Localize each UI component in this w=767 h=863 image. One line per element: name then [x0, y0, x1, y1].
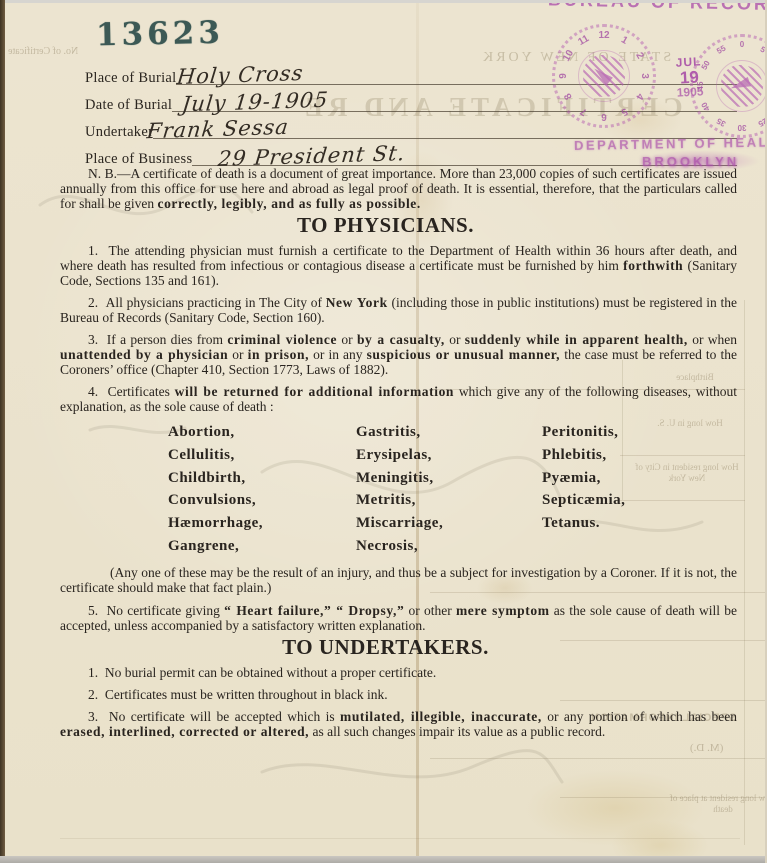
scan-edge-left — [0, 0, 5, 863]
handwritten-value: Frank Sessa — [146, 115, 291, 144]
disease-name: Erysipelas, — [356, 444, 443, 467]
disease-name: Gastritis, — [356, 421, 443, 444]
dial-numbers: 0510152025303540455055 — [690, 34, 767, 138]
disease-name: Miscarriage, — [356, 512, 443, 535]
physicians-item-3: 3. If a person dies from criminal violen… — [60, 332, 737, 377]
disease-name: Hæmorrhage, — [168, 512, 263, 535]
disease-name: Childbirth, — [168, 467, 263, 490]
ghost-rule-line — [430, 758, 765, 759]
handwritten-value: Holy Cross — [176, 61, 305, 89]
physicians-item-4: 4. Certificates will be returned for add… — [60, 384, 737, 414]
disease-name: Septicæmia, — [542, 489, 625, 512]
disease-name: Abortion, — [168, 421, 263, 444]
scan-edge-bottom — [0, 856, 767, 863]
field-label: Place of Burial — [85, 70, 176, 88]
field-label: Date of Burial — [85, 97, 172, 115]
document-page: No. of Certificate STATE OF NEW YORK CER… — [0, 0, 767, 863]
undertakers-item-1: 1. No burial permit can be obtained with… — [60, 665, 737, 680]
undertakers-item-2: 2. Certificates must be written througho… — [60, 687, 737, 702]
handwritten-value: July 19-1905 — [181, 88, 330, 117]
physicians-item-5: 5. No certificate giving “ Heart failure… — [60, 603, 737, 633]
disease-name: Pyæmia, — [542, 467, 625, 490]
undertakers-heading: TO UNDERTAKERS. — [47, 640, 724, 655]
disease-name: Metritis, — [356, 489, 443, 512]
disease-name: Cellulitis, — [168, 444, 263, 467]
disease-name: Peritonitis, — [542, 421, 625, 444]
dial-numbers: 121234567891011 — [552, 24, 656, 128]
ghost-rule-line — [60, 838, 740, 839]
disease-name: Phlebitis, — [542, 444, 625, 467]
ghost-text: No. of Certificate — [8, 46, 78, 57]
time-stamp-hour-dial: 121234567891011 — [552, 24, 656, 128]
ghost-text: How long resident at place of death — [668, 793, 767, 815]
disease-name: Necrosis, — [356, 535, 443, 558]
field-label: Undertaker — [85, 124, 153, 142]
disease-column-2: Gastritis,Erysipelas,Meningitis,Metritis… — [356, 421, 443, 558]
physicians-heading: TO PHYSICIANS. — [47, 218, 724, 233]
disease-name: Tetanus. — [542, 512, 625, 535]
disease-column-3: Peritonitis,Phlebitis,Pyæmia,Septicæmia,… — [542, 421, 625, 535]
physicians-item-1: 1. The attending physician must furnish … — [60, 243, 737, 288]
undertakers-item-3: 3. No certificate will be accepted which… — [60, 709, 737, 739]
time-stamp-minute-dial: 0510152025303540455055 — [690, 34, 767, 138]
nb-paragraph: N. B.—A certificate of death is a docume… — [60, 166, 737, 211]
certificate-number-stamp: 13623 — [96, 15, 225, 54]
disease-name: Convulsions, — [168, 489, 263, 512]
disease-name: Gangrene, — [168, 535, 263, 558]
disease-list: Abortion,Cellulitis,Childbirth,Convulsio… — [60, 421, 737, 559]
department-of-health-stamp: DEPARTMENT OF HEALTH, — [574, 134, 767, 153]
printed-instructions: N. B.—A certificate of death is a docume… — [60, 166, 737, 746]
scan-edge-top — [0, 0, 767, 3]
disease-column-1: Abortion,Cellulitis,Childbirth,Convulsio… — [168, 421, 263, 558]
physicians-item-2: 2. All physicians practicing in The City… — [60, 295, 737, 325]
disease-name: Meningitis, — [356, 467, 443, 490]
coroner-note: (Any one of these may be the result of a… — [60, 565, 737, 595]
